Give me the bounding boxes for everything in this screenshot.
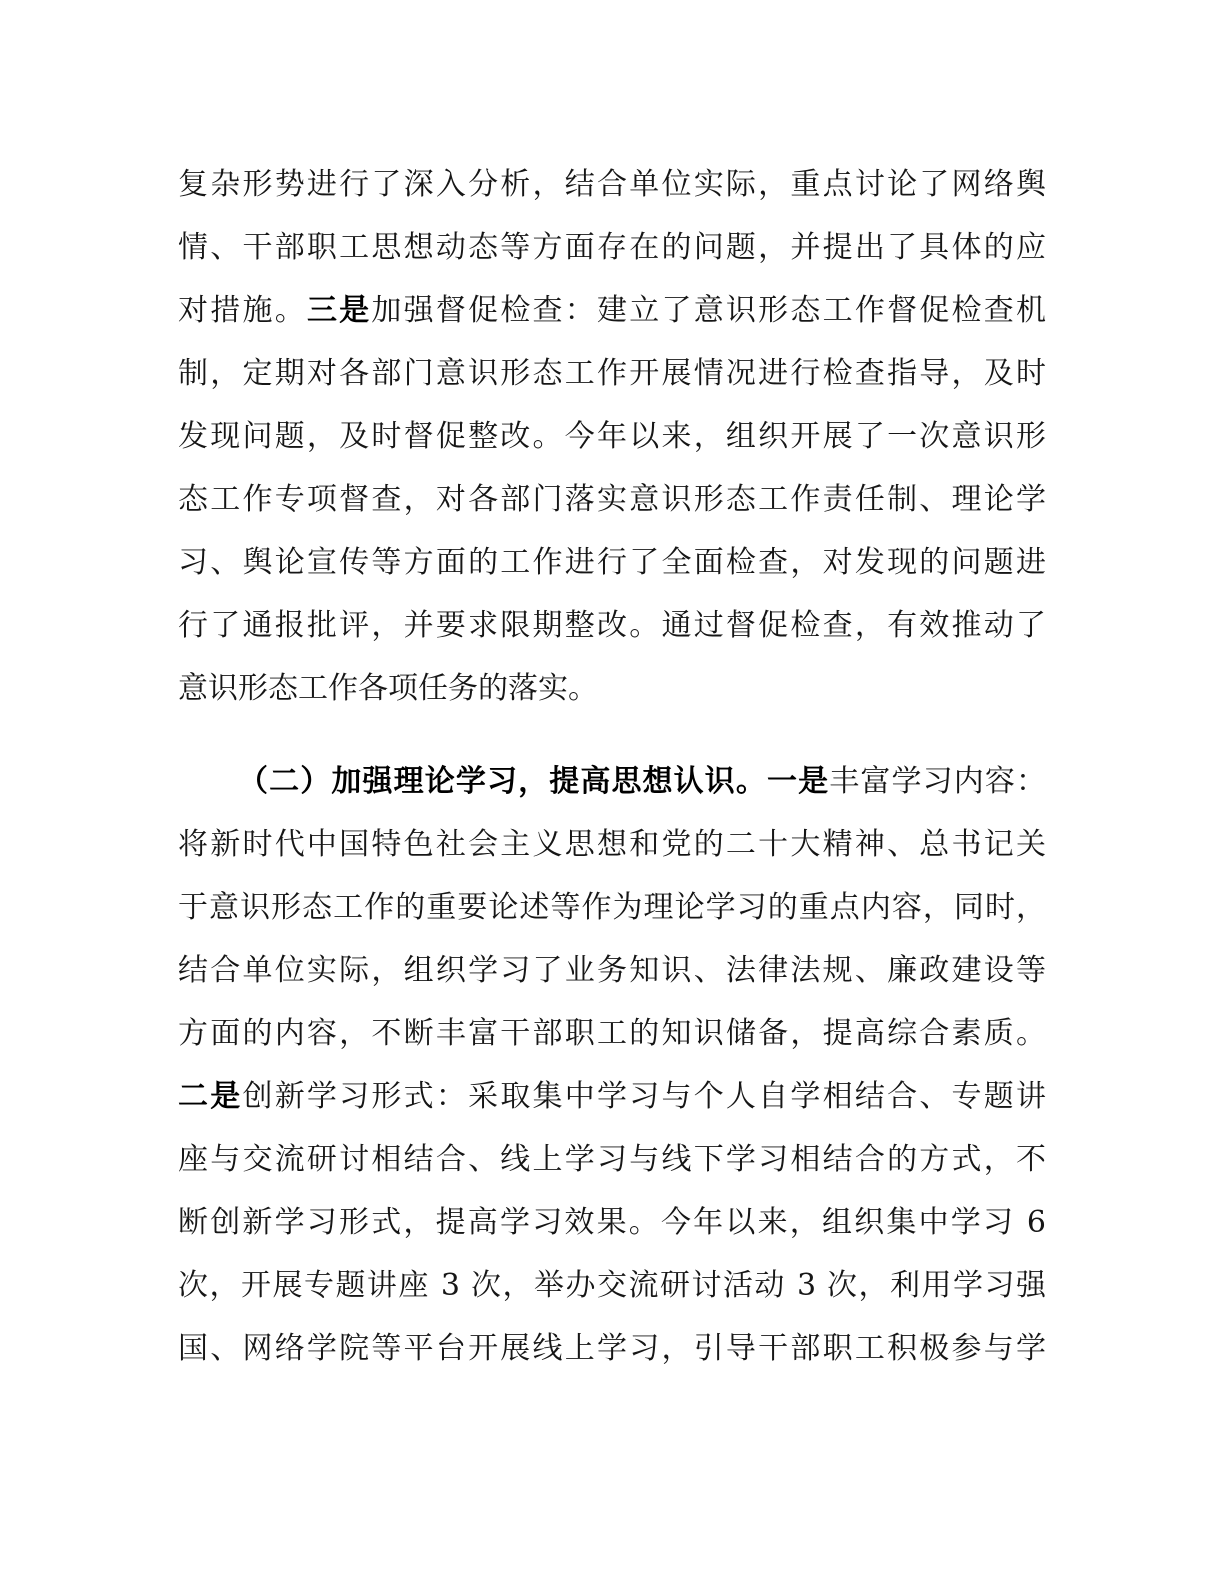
text-line: 意识形态工作各项任务的落实。	[178, 657, 1046, 720]
text-line: 制，定期对各部门意识形态工作开展情况进行检查指导，及时	[178, 342, 1046, 405]
body-text: 创新学习形式：采取集中学习与个人自学相结合、专题讲	[242, 1079, 1046, 1114]
text-line: 对措施。三是加强督促检查：建立了意识形态工作督促检查机	[178, 279, 1046, 342]
body-text: 制，定期对各部门意识形态工作开展情况进行检查指导，及时	[178, 356, 1046, 391]
text-line: 国、网络学院等平台开展线上学习，引导干部职工积极参与学	[178, 1317, 1046, 1380]
paragraph: （二）加强理论学习，提高思想认识。一是丰富学习内容：将新时代中国特色社会主义思想…	[178, 750, 1046, 1380]
body-text: 丰富学习内容：	[829, 764, 1046, 799]
document-content: 复杂形势进行了深入分析，结合单位实际，重点讨论了网络舆情、干部职工思想动态等方面…	[178, 153, 1046, 1380]
text-line: 发现问题，及时督促整改。今年以来，组织开展了一次意识形	[178, 405, 1046, 468]
body-text: 断创新学习形式，提高学习效果。今年以来，组织集中学习 6	[178, 1205, 1046, 1240]
document-page: 复杂形势进行了深入分析，结合单位实际，重点讨论了网络舆情、干部职工思想动态等方面…	[0, 0, 1224, 1584]
text-line: 行了通报批评，并要求限期整改。通过督促检查，有效推动了	[178, 594, 1046, 657]
body-text: 行了通报批评，并要求限期整改。通过督促检查，有效推动了	[178, 608, 1046, 643]
text-line: 情、干部职工思想动态等方面存在的问题，并提出了具体的应	[178, 216, 1046, 279]
text-line: 于意识形态工作的重要论述等作为理论学习的重点内容，同时，	[178, 876, 1046, 939]
body-text: 意识形态工作各项任务的落实。	[178, 671, 598, 706]
paragraph: 复杂形势进行了深入分析，结合单位实际，重点讨论了网络舆情、干部职工思想动态等方面…	[178, 153, 1046, 720]
emphasis-text: （二）加强理论学习，提高思想认识。一是	[238, 764, 829, 799]
text-line: 次，开展专题讲座 3 次，举办交流研讨活动 3 次，利用学习强	[178, 1254, 1046, 1317]
text-line: 结合单位实际，组织学习了业务知识、法律法规、廉政建设等	[178, 939, 1046, 1002]
emphasis-text: 二是	[178, 1079, 242, 1114]
text-line: 将新时代中国特色社会主义思想和党的二十大精神、总书记关	[178, 813, 1046, 876]
text-line: 复杂形势进行了深入分析，结合单位实际，重点讨论了网络舆	[178, 153, 1046, 216]
text-line: 方面的内容，不断丰富干部职工的知识储备，提高综合素质。	[178, 1002, 1046, 1065]
text-line: （二）加强理论学习，提高思想认识。一是丰富学习内容：	[178, 750, 1046, 813]
body-text: 加强督促检查：建立了意识形态工作督促检查机	[371, 293, 1046, 328]
body-text: 发现问题，及时督促整改。今年以来，组织开展了一次意识形	[178, 419, 1046, 454]
body-text: 于意识形态工作的重要论述等作为理论学习的重点内容，同时，	[178, 890, 1046, 925]
body-text: 国、网络学院等平台开展线上学习，引导干部职工积极参与学	[178, 1331, 1046, 1366]
body-text: 复杂形势进行了深入分析，结合单位实际，重点讨论了网络舆	[178, 167, 1046, 202]
emphasis-text: 三是	[307, 293, 371, 328]
body-text: 次，开展专题讲座 3 次，举办交流研讨活动 3 次，利用学习强	[178, 1268, 1046, 1303]
body-text: 态工作专项督查，对各部门落实意识形态工作责任制、理论学	[178, 482, 1046, 517]
body-text: 方面的内容，不断丰富干部职工的知识储备，提高综合素质。	[178, 1016, 1046, 1051]
text-line: 断创新学习形式，提高学习效果。今年以来，组织集中学习 6	[178, 1191, 1046, 1254]
body-text: 结合单位实际，组织学习了业务知识、法律法规、廉政建设等	[178, 953, 1046, 988]
body-text: 将新时代中国特色社会主义思想和党的二十大精神、总书记关	[178, 827, 1046, 862]
body-text: 情、干部职工思想动态等方面存在的问题，并提出了具体的应	[178, 230, 1046, 265]
text-line: 座与交流研讨相结合、线上学习与线下学习相结合的方式，不	[178, 1128, 1046, 1191]
body-text: 习、舆论宣传等方面的工作进行了全面检查，对发现的问题进	[178, 545, 1046, 580]
text-line: 态工作专项督查，对各部门落实意识形态工作责任制、理论学	[178, 468, 1046, 531]
body-text: 座与交流研讨相结合、线上学习与线下学习相结合的方式，不	[178, 1142, 1046, 1177]
text-line: 习、舆论宣传等方面的工作进行了全面检查，对发现的问题进	[178, 531, 1046, 594]
text-line: 二是创新学习形式：采取集中学习与个人自学相结合、专题讲	[178, 1065, 1046, 1128]
body-text: 对措施。	[178, 293, 307, 328]
